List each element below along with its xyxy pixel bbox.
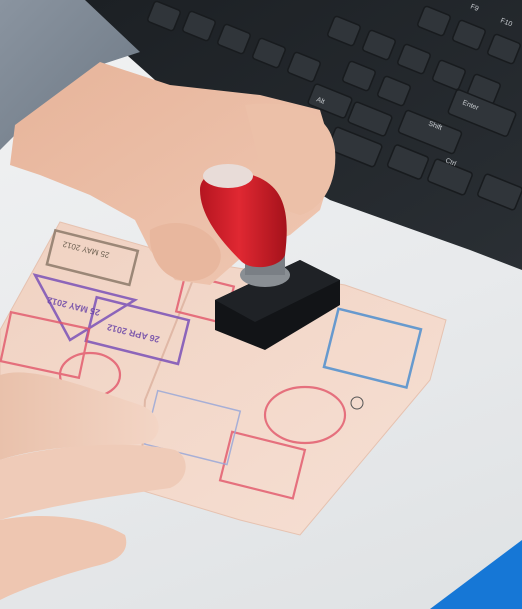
photo-illustration: Alt Shift Enter Ctrl F9 F10 26 APR 2012 … [0, 0, 522, 609]
passport-stamping-photo: Alt Shift Enter Ctrl F9 F10 26 APR 2012 … [0, 0, 522, 609]
blue-corner-object [430, 540, 522, 609]
